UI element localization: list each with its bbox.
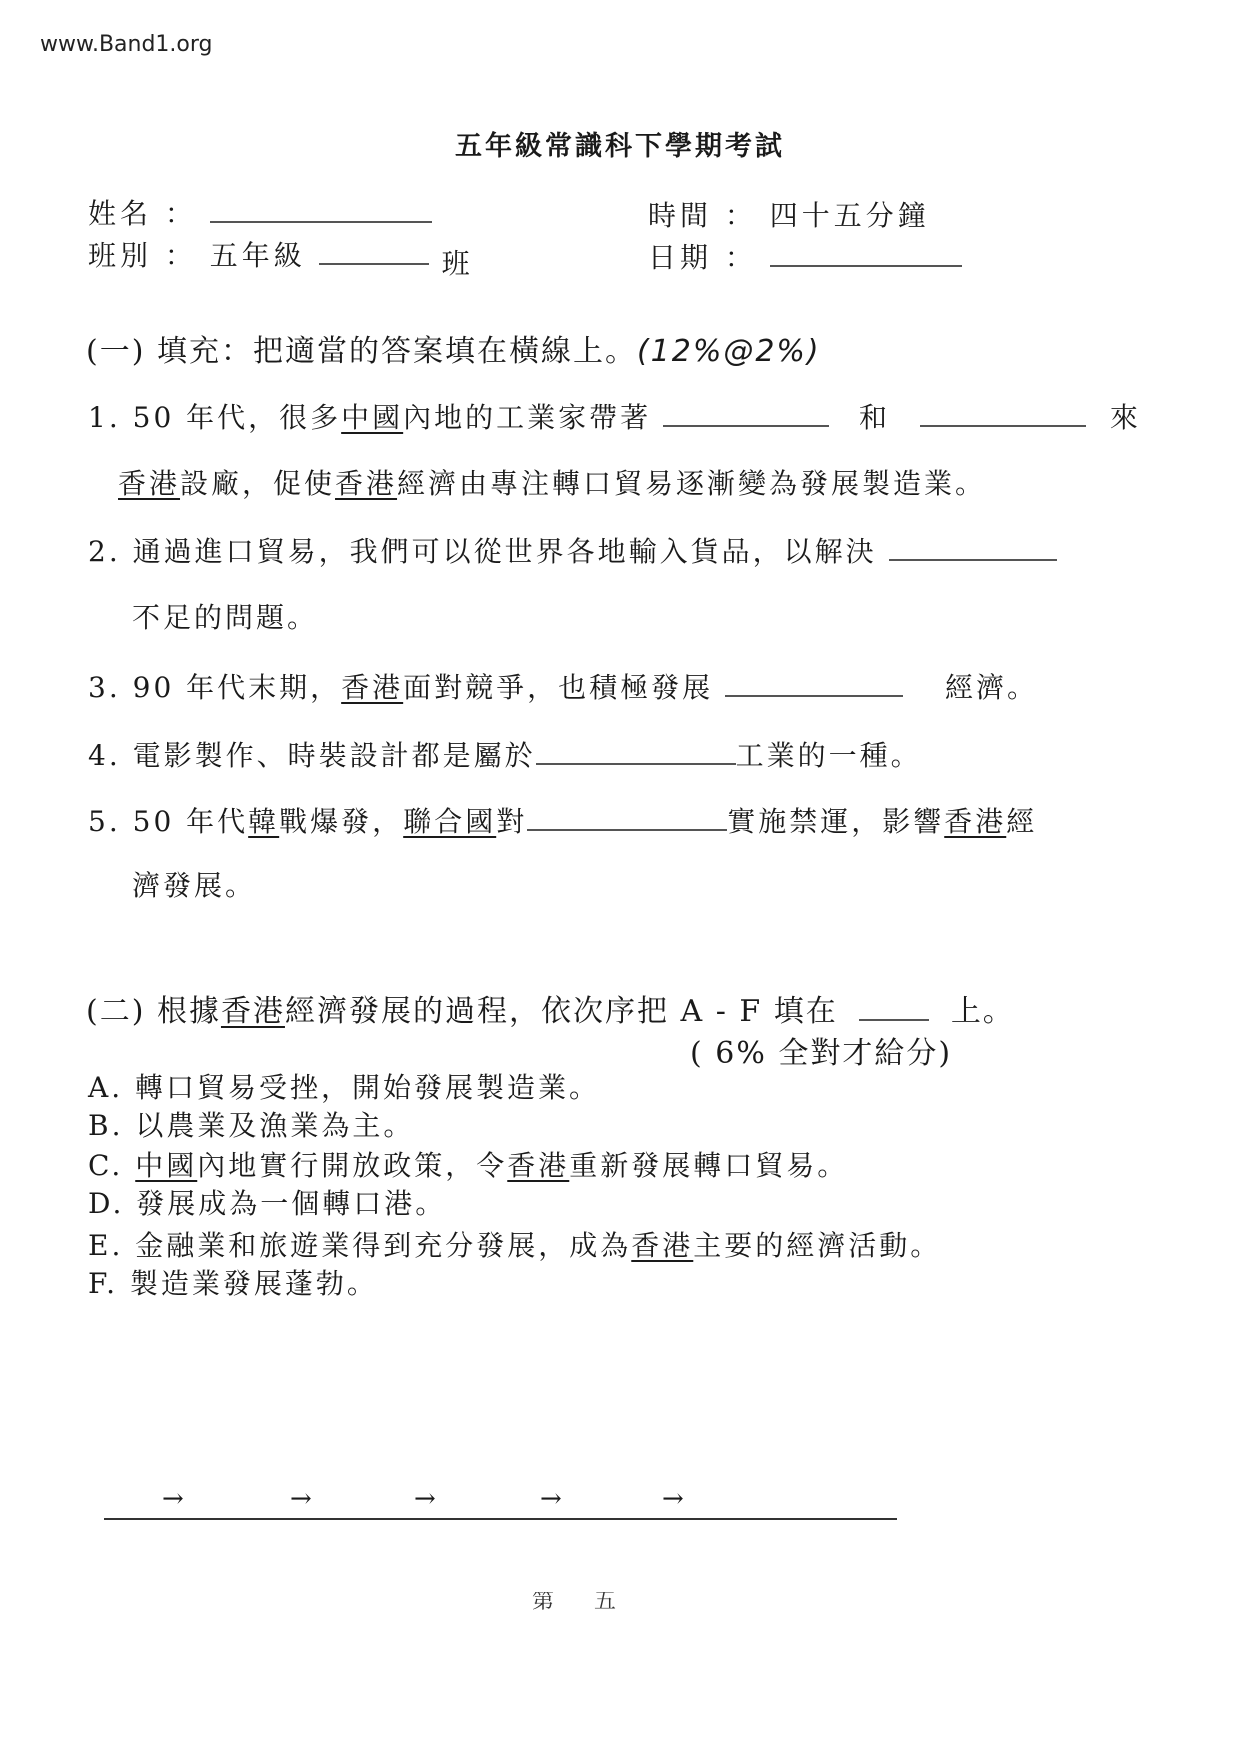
date-label: 日期 ： bbox=[648, 241, 757, 274]
q3-text-b: 面對競爭，也積極發展 bbox=[403, 671, 713, 704]
question-1-line1: 1. 50 年代，很多中國內地的工業家帶著 和 來 bbox=[88, 396, 1141, 436]
q1-blank-2[interactable] bbox=[920, 424, 1086, 427]
option-c-text-b: 重新發展轉口貿易。 bbox=[569, 1149, 848, 1182]
class-blank[interactable] bbox=[319, 262, 429, 265]
q5-text-e: 經 bbox=[1006, 805, 1037, 838]
q3-text-c: 經濟。 bbox=[945, 671, 1038, 704]
s2-heading-blank bbox=[859, 1018, 929, 1021]
class-field: 班別 ： 五年級 班 bbox=[88, 234, 474, 274]
q3-text-a: 90 年代末期， bbox=[133, 671, 342, 704]
time-field: 時間 ： 四十五分鐘 bbox=[648, 194, 930, 234]
option-c-text-a: 內地實行開放政策，令 bbox=[197, 1149, 507, 1182]
option-text: 發展成為一個轉口港。 bbox=[136, 1187, 446, 1220]
option-e-text-b: 主要的經濟活動。 bbox=[693, 1229, 941, 1262]
q5-underlined-un: 聯合國 bbox=[403, 805, 496, 838]
question-5-line1: 5. 50 年代韓戰爆發，聯合國對實施禁運，影響香港經 bbox=[88, 800, 1037, 840]
option-letter: E. bbox=[88, 1229, 123, 1262]
q1-text-b: 內地的工業家帶著 bbox=[403, 401, 651, 434]
sequence-answer-line[interactable] bbox=[104, 1518, 897, 1520]
q5-text-a: 50 年代 bbox=[133, 805, 249, 838]
date-blank[interactable] bbox=[770, 264, 962, 267]
s2-underlined-hk: 香港 bbox=[221, 994, 285, 1029]
q2-blank[interactable] bbox=[889, 558, 1057, 561]
arrow-icon: → bbox=[540, 1484, 562, 1514]
question-4: 4. 電影製作、時裝設計都是屬於工業的一種。 bbox=[88, 734, 922, 774]
option-letter: A. bbox=[88, 1071, 123, 1104]
q1-text-come: 來 bbox=[1110, 401, 1141, 434]
class-label: 班別 ： 五年級 bbox=[88, 239, 306, 272]
s2-heading-a: (二) 根據 bbox=[86, 994, 221, 1029]
question-2-line2: 不足的問題。 bbox=[132, 596, 318, 636]
question-5-line2: 濟發展。 bbox=[132, 864, 256, 904]
section1-marks: (12%@2%) bbox=[637, 334, 821, 369]
q5-blank[interactable] bbox=[527, 828, 727, 831]
section1-heading-text: (一) 填充：把適當的答案填在橫線上。 bbox=[86, 334, 637, 369]
option-e: E. 金融業和旅遊業得到充分發展，成為香港主要的經濟活動。 bbox=[88, 1224, 941, 1264]
option-e-underlined-hk: 香港 bbox=[631, 1229, 693, 1262]
q5-text-d: 實施禁運，影響 bbox=[727, 805, 944, 838]
option-letter: D. bbox=[88, 1187, 124, 1220]
option-b: B. 以農業及漁業為主。 bbox=[88, 1104, 414, 1144]
arrow-icon: → bbox=[414, 1484, 436, 1514]
s2-heading-b: 經濟發展的過程，依次序把 A - F 填在 bbox=[285, 994, 838, 1029]
option-c: C. 中國內地實行開放政策，令香港重新發展轉口貿易。 bbox=[88, 1144, 848, 1184]
arrow-icon: → bbox=[662, 1484, 684, 1514]
s2-heading-c: 上。 bbox=[951, 994, 1015, 1029]
watermark: www.Band1.org bbox=[40, 32, 213, 57]
q3-blank[interactable] bbox=[725, 694, 903, 697]
q1-text-d: 經濟由專注轉口貿易逐漸變為發展製造業。 bbox=[397, 467, 986, 500]
q5-text-b: 戰爆發， bbox=[279, 805, 403, 838]
exam-title: 五年級常識科下學期考試 bbox=[0, 124, 1240, 163]
question-number: 3. bbox=[88, 671, 121, 704]
q1-text-and: 和 bbox=[859, 401, 890, 434]
name-field: 姓名 ： bbox=[88, 192, 432, 232]
name-label: 姓名 ： bbox=[88, 197, 197, 230]
option-text: 以農業及漁業為主。 bbox=[135, 1109, 414, 1142]
section2-heading: (二) 根據香港經濟發展的過程，依次序把 A - F 填在 上。 bbox=[86, 986, 1015, 1030]
name-blank[interactable] bbox=[210, 220, 432, 223]
section1-heading: (一) 填充：把適當的答案填在橫線上。(12%@2%) bbox=[86, 326, 821, 370]
question-2-line1: 2. 通過進口貿易，我們可以從世界各地輸入貨品，以解決 bbox=[88, 530, 1057, 570]
q4-text-a: 電影製作、時裝設計都是屬於 bbox=[133, 739, 536, 772]
q5-underlined-korea: 韓 bbox=[248, 805, 279, 838]
q1-underlined-hk: 香港 bbox=[118, 467, 180, 500]
question-number: 1. bbox=[88, 401, 121, 434]
q1-text-c: 設廠，促使 bbox=[180, 467, 335, 500]
q1-text-a: 50 年代，很多 bbox=[133, 401, 342, 434]
option-text: 轉口貿易受挫，開始發展製造業。 bbox=[135, 1071, 600, 1104]
question-number: 4. bbox=[88, 739, 121, 772]
section2-marks: ( 6% 全對才給分) bbox=[690, 1028, 952, 1072]
page-number: 第五 bbox=[532, 1584, 656, 1615]
question-1-line2: 香港設廠，促使香港經濟由專注轉口貿易逐漸變為發展製造業。 bbox=[118, 462, 986, 502]
option-letter: F. bbox=[88, 1267, 118, 1300]
option-c-underlined-hk: 香港 bbox=[507, 1149, 569, 1182]
q1-underlined-hk-2: 香港 bbox=[335, 467, 397, 500]
option-f: F. 製造業發展蓬勃。 bbox=[88, 1262, 378, 1302]
option-d: D. 發展成為一個轉口港。 bbox=[88, 1182, 446, 1222]
q4-blank[interactable] bbox=[536, 762, 736, 765]
date-field: 日期 ： bbox=[648, 236, 962, 276]
arrow-icon: → bbox=[162, 1484, 184, 1514]
q4-text-b: 工業的一種。 bbox=[736, 739, 922, 772]
option-text: 製造業發展蓬勃。 bbox=[130, 1267, 378, 1300]
q1-underlined-china: 中國 bbox=[341, 401, 403, 434]
q2-text-a: 通過進口貿易，我們可以從世界各地輸入貨品，以解決 bbox=[133, 535, 877, 568]
question-number: 2. bbox=[88, 535, 121, 568]
q3-underlined-hk: 香港 bbox=[341, 671, 403, 704]
question-3: 3. 90 年代末期，香港面對競爭，也積極發展 經濟。 bbox=[88, 666, 1038, 706]
option-letter: B. bbox=[88, 1109, 123, 1142]
question-number: 5. bbox=[88, 805, 121, 838]
q5-text-c: 對 bbox=[496, 805, 527, 838]
option-c-underlined-china: 中國 bbox=[135, 1149, 197, 1182]
arrow-icon: → bbox=[290, 1484, 312, 1514]
option-a: A. 轉口貿易受挫，開始發展製造業。 bbox=[88, 1066, 600, 1106]
q1-blank-1[interactable] bbox=[663, 424, 829, 427]
class-suffix: 班 bbox=[442, 247, 474, 280]
q5-underlined-hk: 香港 bbox=[944, 805, 1006, 838]
option-letter: C. bbox=[88, 1149, 123, 1182]
option-e-text-a: 金融業和旅遊業得到充分發展，成為 bbox=[135, 1229, 631, 1262]
